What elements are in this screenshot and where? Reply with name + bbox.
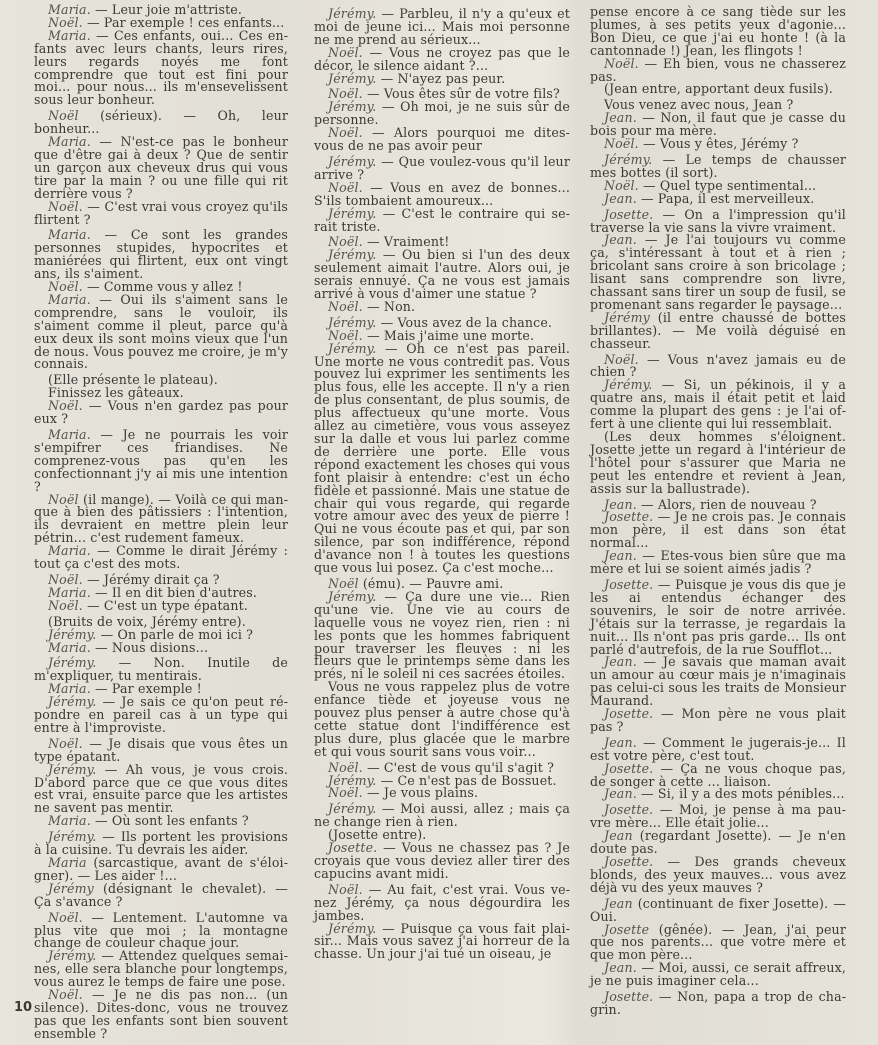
- dialogue-line: Noël. — C'est vrai vous croyez qu'ils fl…: [34, 201, 288, 227]
- dialogue-line: Jérémy. — Que voulez-vous qu'il leur arr…: [314, 156, 570, 182]
- dialogue-line: Jérémy. — Parbleu, il n'y a qu'eux et mo…: [314, 8, 570, 47]
- line-text: Vous ne vous rappelez plus de votre enfa…: [314, 679, 570, 759]
- speaker-name: Jean.: [604, 191, 637, 206]
- dialogue-line: Jérémy. — Ah vous, je vous crois. D'abor…: [34, 764, 288, 816]
- dialogue-line: Noël. — Au fait, c'est vrai. Vous ve­nez…: [314, 884, 570, 923]
- dialogue-line: Jean. — Comment le jugerais-je... Il est…: [590, 737, 846, 763]
- dialogue-line: Maria. — Oui ils s'aiment sans le com­pr…: [34, 294, 288, 371]
- stage-direction: (Les deux hommes s'éloignent. Josette je…: [590, 431, 846, 496]
- dialogue-line: Noël. — Vous n'en gardez pas pour eux ?: [34, 400, 288, 426]
- dialogue-line: Maria. — Je ne pourrais les voir s'em­pi…: [34, 429, 288, 494]
- dialogue-line: Noël. — Je disais que vous êtes un type …: [34, 738, 288, 764]
- dialogue-line: Noël. — Vous en avez de bonnes... S'ils …: [314, 182, 570, 208]
- speaker-name: Maria.: [48, 813, 91, 828]
- dialogue-line: Jean (continuant de fixer Josette). — Ou…: [590, 898, 846, 924]
- dialogue-line: Noël. — Vous n'avez jamais eu de chien ?: [590, 354, 846, 380]
- page-number: 10: [14, 1000, 32, 1015]
- text-column-left: Maria. — Leur joie m'attriste.Noël. — Pa…: [34, 4, 288, 1041]
- line-text: — Je l'ai toujours vu comme ça, s'intére…: [590, 232, 846, 312]
- speaker-name: Noël.: [328, 299, 363, 314]
- dialogue-line: Maria (sarcastique, avant de s'éloi­gner…: [34, 857, 288, 883]
- dialogue-line: Jean. — Je l'ai toujours vu comme ça, s'…: [590, 234, 846, 311]
- dialogue-line: Noël. — Alors pourquoi me dites-vous de …: [314, 127, 570, 153]
- dialogue-line: Jean. — Je savais que maman avait un amo…: [590, 656, 846, 708]
- dialogue-line: Jean. — Non, il faut que je casse du boi…: [590, 112, 846, 138]
- speaker-name: Jean.: [604, 786, 637, 801]
- stage-direction: (Jean entre, apportant deux fusils).: [590, 83, 846, 96]
- dialogue-line: Josette. — Puisque je vous dis que je le…: [590, 579, 846, 656]
- dialogue-line: Maria. — Ces enfants, oui... Ces en­fant…: [34, 30, 288, 107]
- dialogue-line: Noël (sérieux). — Oh, leur bonheur...: [34, 110, 288, 136]
- dialogue-line: Maria. — Ce sont les grandes person­nes …: [34, 229, 288, 281]
- dialogue-line: Maria. — Où sont les enfants ?: [34, 815, 288, 828]
- dialogue-line: Noël. — Je vous plains.: [314, 787, 570, 800]
- dialogue-line: Josette. — Je ne crois pas. Je connais m…: [590, 511, 846, 550]
- line-text: — Si, il y a des mots pénibles...: [637, 786, 845, 801]
- dialogue-line: Maria. — Comme le dirait Jérémy : tout ç…: [34, 545, 288, 571]
- magazine-page: Maria. — Leur joie m'attriste.Noël. — Pa…: [0, 0, 878, 1045]
- dialogue-line: Jérémy. — Oh ce n'est pas pareil. Une mo…: [314, 343, 570, 575]
- dialogue-line: Jérémy. — Oh moi, je ne suis sûr de pers…: [314, 101, 570, 127]
- line-text: — Oh ce n'est pas pareil. Une morte ne v…: [314, 341, 570, 575]
- line-text: — C'est un type épatant.: [83, 598, 248, 613]
- dialogue-line: Jérémy. — Ou bien si l'un des deux seule…: [314, 249, 570, 301]
- dialogue-line: Josette. — Des grands cheveux blonds, de…: [590, 856, 846, 895]
- line-text: — Où sont les enfants ?: [91, 813, 249, 828]
- line-text: (Les deux hommes s'éloignent. Josette je…: [590, 429, 846, 496]
- line-text: — Nous disions...: [91, 640, 208, 655]
- dialogue-line: Jérémy. — Ça dure une vie... Rien qu'une…: [314, 591, 570, 681]
- dialogue-line: Jean. — Si, il y a des mots pénibles...: [590, 788, 846, 801]
- dialogue-line: Noël. — Je ne dis pas non... (un silen­c…: [34, 989, 288, 1041]
- dialogue-line: Noël. — Lentement. L'automne va plus vit…: [34, 912, 288, 951]
- dialogue-line: Noël. — C'est un type épatant.: [34, 600, 288, 613]
- stage-direction: Vous ne vous rappelez plus de votre enfa…: [314, 681, 570, 758]
- speaker-name: Jérémy.: [328, 71, 376, 86]
- dialogue-line: Jean (regardant Josette). — Je n'en dout…: [590, 830, 846, 856]
- line-text: (Jean entre, apportant deux fusils).: [604, 81, 833, 96]
- dialogue-line: Jérémy. — Ils portent les provisions à l…: [34, 831, 288, 857]
- line-text: — Je vous plains.: [363, 785, 478, 800]
- dialogue-line: Noël. — Eh bien, vous ne chasserez pas.: [590, 58, 846, 84]
- dialogue-line: Jean. — Papa, il est merveilleux.: [590, 193, 846, 206]
- line-text: — Ça dure une vie... Rien qu'une vie. Un…: [314, 589, 570, 681]
- dialogue-line: Jérémy (il entre chaussé de bottes bril­…: [590, 312, 846, 351]
- dialogue-line: Jérémy. — Moi aussi, allez ; mais ça ne …: [314, 803, 570, 829]
- dialogue-line: Jérémy. — C'est le contraire qui se­rait…: [314, 208, 570, 234]
- dialogue-line: Josette. — Moi, je pense à ma pau­vre mè…: [590, 804, 846, 830]
- dialogue-line: Noël (il mange). — Voilà ce qui man­que …: [34, 494, 288, 546]
- line-text: — Oui ils s'aiment sans le com­prendre, …: [34, 292, 288, 372]
- dialogue-line: Maria. — N'est-ce pas le bonheur que d'ê…: [34, 136, 288, 201]
- dialogue-line: Jérémy. — Je sais ce qu'on peut ré­pondr…: [34, 696, 288, 735]
- stage-direction: pense encore à ce sang tiède sur les plu…: [590, 6, 846, 58]
- dialogue-line: Jérémy. — Puisque ça vous fait plai­sir.…: [314, 923, 570, 962]
- line-text: — N'ayez pas peur.: [376, 71, 505, 86]
- dialogue-line: Jean. — Moi, aussi, ce serait affreux, j…: [590, 962, 846, 988]
- speaker-name: Maria.: [48, 640, 91, 655]
- line-text: pense encore à ce sang tiède sur les plu…: [590, 4, 846, 58]
- dialogue-line: Josette. — Ça ne vous choque pas, de son…: [590, 763, 846, 789]
- dialogue-line: Josette. — Mon père ne vous plait pas ?: [590, 708, 846, 734]
- speaker-name: Noël.: [328, 785, 363, 800]
- dialogue-line: Jérémy. — Si, un pékinois, il y a quatre…: [590, 379, 846, 431]
- dialogue-line: Jérémy. — Attendez quelques semai­nes, e…: [34, 950, 288, 989]
- dialogue-line: Maria. — Nous disions...: [34, 642, 288, 655]
- line-text: — Papa, il est merveilleux.: [637, 191, 815, 206]
- line-text: — Vous y êtes, Jérémy ?: [639, 136, 799, 151]
- dialogue-line: Jérémy. — N'ayez pas peur.: [314, 73, 570, 86]
- speaker-name: Noël.: [48, 598, 83, 613]
- line-text: — Puisque je vous dis que je les ai ente…: [590, 577, 846, 657]
- line-text: — Non.: [363, 299, 415, 314]
- line-text: — Ces enfants, oui... Ces en­fants avec …: [34, 28, 288, 108]
- dialogue-line: Jérémy. — Non. Inutile de m'expliquer, t…: [34, 657, 288, 683]
- dialogue-line: Josette. — On a l'impression qu'il tra­v…: [590, 209, 846, 235]
- dialogue-line: Noël. — Vous ne croyez pas que le décor,…: [314, 47, 570, 73]
- dialogue-line: Jérémy (désignant le chevalet). — Ça s'a…: [34, 883, 288, 909]
- dialogue-line: Jérémy. — Le temps de chausser mes botte…: [590, 154, 846, 180]
- dialogue-line: Josette. — Vous ne chassez pas ? Je croy…: [314, 842, 570, 881]
- dialogue-line: Josette (gênée). — Jean, j'ai peur que n…: [590, 924, 846, 963]
- dialogue-line: Josette. — Non, papa a trop de cha­grin.: [590, 991, 846, 1017]
- text-column-middle: Jérémy. — Parbleu, il n'y a qu'eux et mo…: [314, 8, 570, 961]
- dialogue-line: Jean. — Etes-vous bien sûre que ma mère …: [590, 550, 846, 576]
- dialogue-line: Noël. — Vous y êtes, Jérémy ?: [590, 138, 846, 151]
- text-column-right: pense encore à ce sang tiède sur les plu…: [590, 6, 846, 1017]
- dialogue-line: Noël. — Non.: [314, 301, 570, 314]
- speaker-name: Noël.: [604, 136, 639, 151]
